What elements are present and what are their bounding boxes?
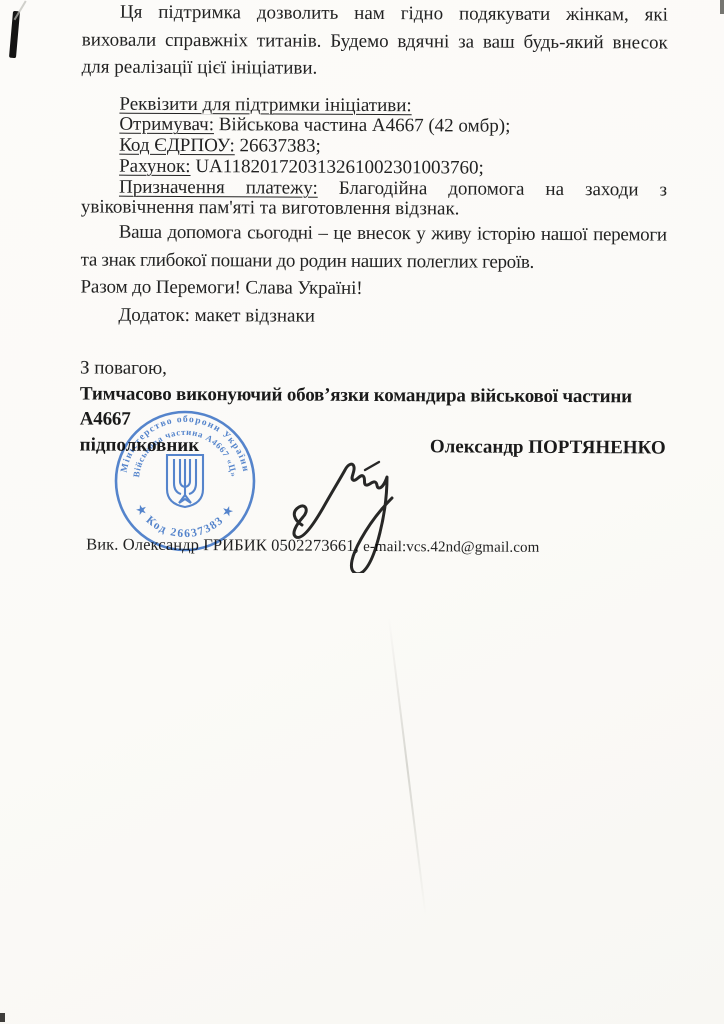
signer-name: Олександр ПОРТЯНЕНКО <box>430 434 666 461</box>
tryzub-emblem <box>167 455 203 507</box>
scan-artifact-mark <box>9 11 20 58</box>
requisite-value: Військова частина А4667 (42 омбр); <box>214 114 510 137</box>
signature-dash <box>365 462 379 470</box>
signature-stroke <box>294 464 392 573</box>
handwritten-signature <box>280 428 400 573</box>
paragraph-help: Ваша допомога сьогодні – це внесок у жив… <box>81 219 667 277</box>
scan-artifact-corner-bottom-left <box>0 1013 5 1022</box>
requisite-value: 26637383; <box>235 135 321 156</box>
scan-artifact-corner-top-right <box>720 0 724 14</box>
paper-crease <box>388 618 427 916</box>
requisite-value: UA118201720313261002301003760; <box>191 156 484 179</box>
requisite-label: Рахунок: <box>119 156 191 177</box>
requisite-label: Отримувач: <box>119 114 214 135</box>
scanned-letter-page: Ця підтримка дозволить нам гідно подякув… <box>0 0 724 1024</box>
requisite-label: Призначення платежу: <box>119 176 318 198</box>
salutation: З повагою, <box>80 356 666 385</box>
round-stamp: Міністерство оборони України Військова ч… <box>110 406 260 556</box>
attachment-line: Додаток: макет відзнаки <box>80 301 666 332</box>
requisite-payment-purpose: Призначення платежу: Благодійна допомога… <box>81 177 667 222</box>
requisites-heading-text: Реквізити для підтримки ініціативи: <box>119 93 411 116</box>
slogan-line: Разом до Перемоги! Слава Україні! <box>80 274 666 305</box>
requisites-block: Реквізити для підтримки ініціативи: Отри… <box>81 94 668 222</box>
requisite-label: Код ЄДРПОУ: <box>119 135 235 157</box>
paragraph-support: Ця підтримка дозволить нам гідно подякув… <box>82 0 668 84</box>
